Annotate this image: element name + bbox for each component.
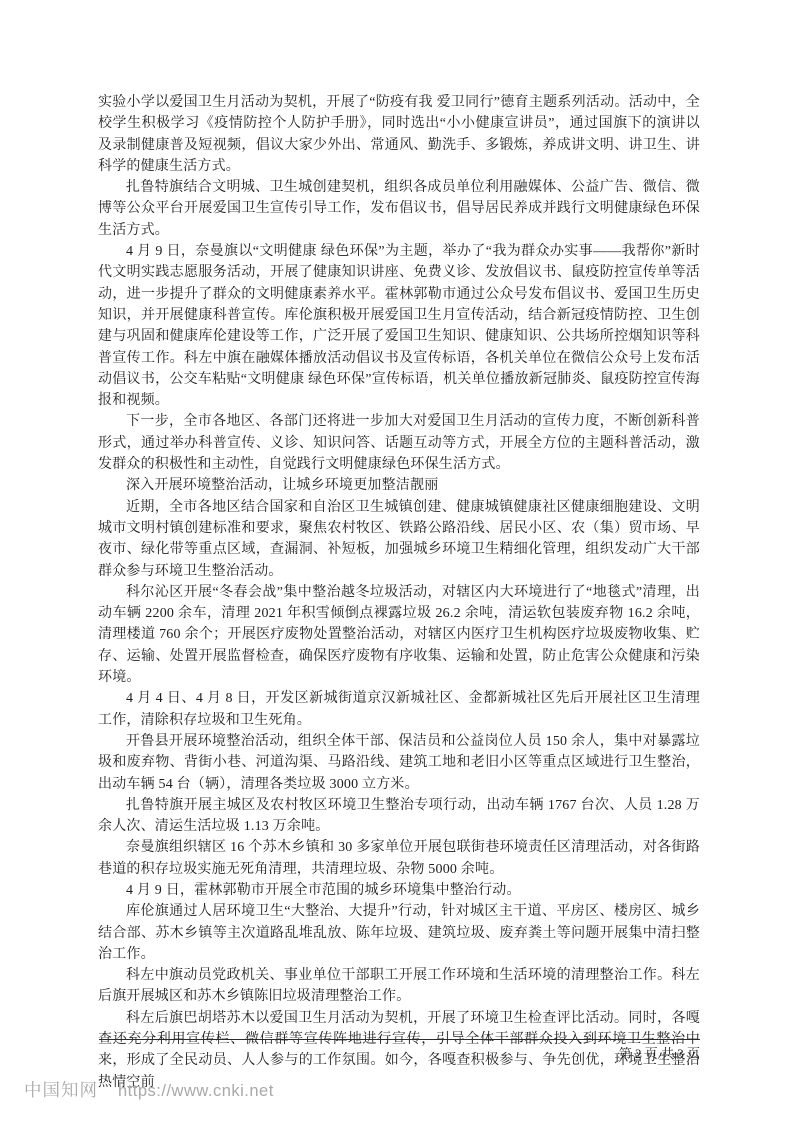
section-heading: 深入开展环境整治活动，让城乡环境更加整洁靓丽 bbox=[98, 475, 700, 496]
paragraph: 4 月 4 日、4 月 8 日，开发区新城街道京汉新城社区、金都新城社区先后开展… bbox=[98, 688, 700, 731]
paragraph: 奈曼旗组织辖区 16 个苏木乡镇和 30 多家单位开展包联街巷环境责任区清理活动… bbox=[98, 837, 700, 880]
footer-divider bbox=[99, 1039, 700, 1040]
paragraph: 库伦旗通过人居环境卫生“大整治、大提升”行动，针对城区主干道、平房区、楼房区、城… bbox=[98, 901, 700, 965]
paragraph: 开鲁县开展环境整治活动，组织全体干部、保洁员和公益岗位人员 150 余人，集中对… bbox=[98, 731, 700, 795]
paragraph: 4 月 9 日，霍林郭勒市开展全市范围的城乡环境集中整治行动。 bbox=[98, 880, 700, 901]
page-number-label: 第 2 页 共 3 页 bbox=[98, 1043, 700, 1062]
paragraph: 科尔沁区开展“冬春会战”集中整治越冬垃圾活动，对辖区内大环境进行了“地毯式”清理… bbox=[98, 582, 700, 688]
paragraph: 科左中旗动员党政机关、事业单位干部职工开展工作环境和生活环境的清理整治工作。科左… bbox=[98, 965, 700, 1008]
paragraph: 4 月 9 日，奈曼旗以“文明健康 绿色环保”为主题，举办了“我为群众办实事——… bbox=[98, 241, 700, 411]
cnki-logo-text: 中国知网 bbox=[24, 1077, 98, 1102]
document-body: 实验小学以爱国卫生月活动为契机，开展了“防疫有我 爱卫同行”德育主题系列活动。活… bbox=[98, 92, 700, 1093]
paragraph: 近期，全市各地区结合国家和自治区卫生城镇创建、健康城镇健康社区健康细胞建设、文明… bbox=[98, 497, 700, 582]
paragraph: 实验小学以爱国卫生月活动为契机，开展了“防疫有我 爱卫同行”德育主题系列活动。活… bbox=[98, 92, 700, 177]
paragraph: 扎鲁特旗结合文明城、卫生城创建契机，组织各成员单位利用融媒体、公益广告、微信、微… bbox=[98, 177, 700, 241]
paragraph: 扎鲁特旗开展主城区及农村牧区环境卫生整治专项行动，出动车辆 1767 台次、人员… bbox=[98, 795, 700, 838]
paragraph: 下一步，全市各地区、各部门还将进一步加大对爱国卫生月活动的宣传力度，不断创新科普… bbox=[98, 411, 700, 475]
cnki-url: https://www.cnki.net bbox=[118, 1082, 274, 1101]
cnki-watermark: 中国知网 https://www.cnki.net bbox=[24, 1077, 274, 1102]
document-page: 实验小学以爱国卫生月活动为契机，开展了“防疫有我 爱卫同行”德育主题系列活动。活… bbox=[0, 0, 794, 1123]
